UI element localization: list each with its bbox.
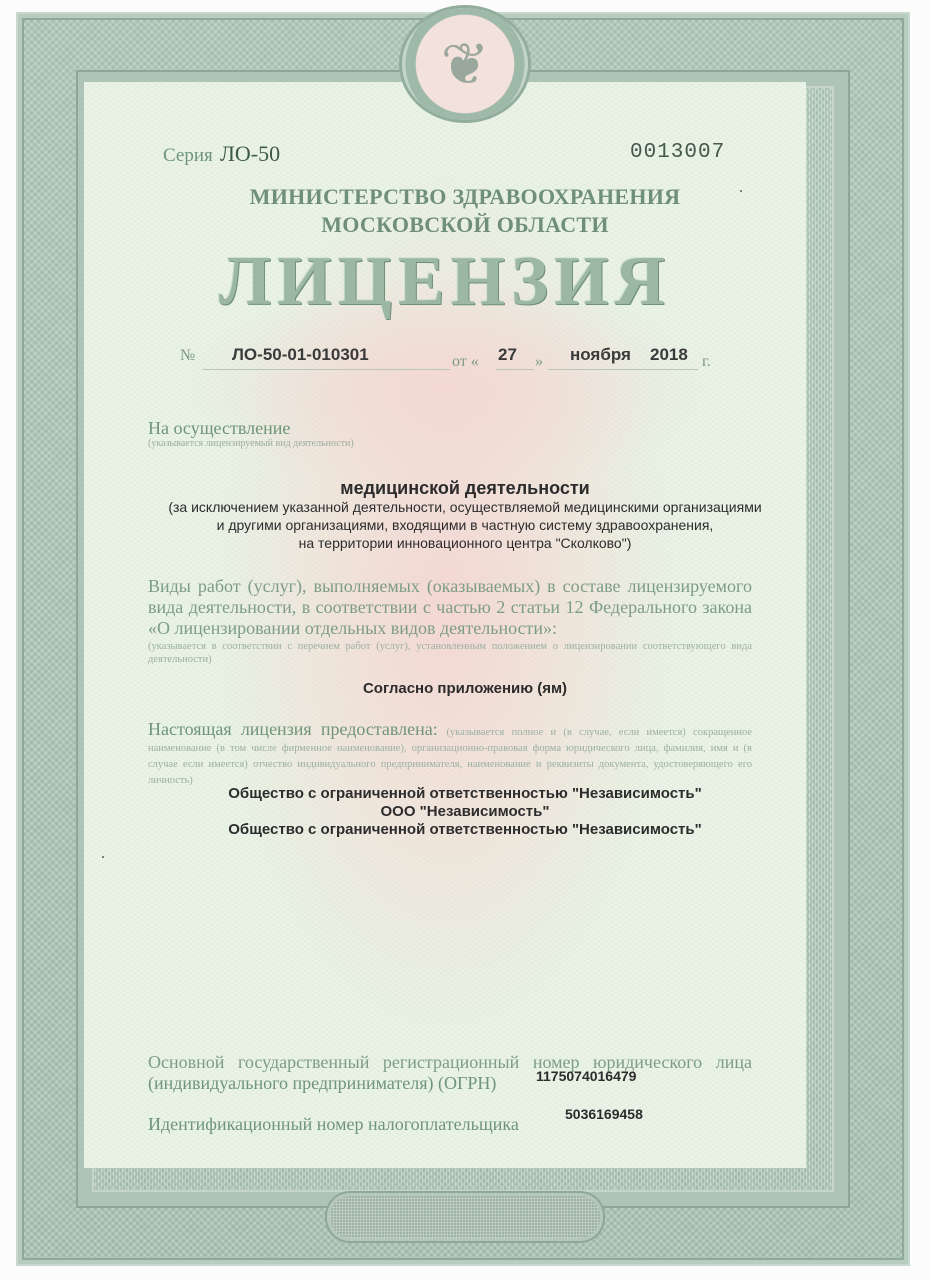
activity-label: На осуществление bbox=[148, 418, 290, 439]
licensee-full-name: Общество с ограниченной ответственностью… bbox=[20, 785, 910, 803]
blank-number: 0013007 bbox=[630, 141, 725, 164]
date-day: 27 bbox=[498, 345, 517, 365]
inn-label: Идентификационный номер налогоплательщик… bbox=[148, 1114, 519, 1135]
works-hint: (указывается в соответствии с перечнем р… bbox=[148, 640, 752, 666]
ogrn-label-line-2: (индивидуального предпринимателя) (ОГРН) bbox=[148, 1073, 496, 1094]
activity-hint: (указывается лицензируемый вид деятельно… bbox=[148, 438, 354, 449]
date-close-quote: » bbox=[535, 353, 543, 371]
series-value: ЛО-50 bbox=[220, 141, 280, 167]
activity-details-line-3: на территории инновационного центра "Ско… bbox=[20, 534, 910, 552]
scan-dust-mark bbox=[740, 190, 742, 192]
license-number: ЛО-50-01-010301 bbox=[232, 345, 369, 365]
activity-value: медицинской деятельности bbox=[20, 478, 910, 499]
licensee-names: Общество с ограниченной ответственностью… bbox=[20, 785, 910, 839]
works-value: Согласно приложению (ям) bbox=[20, 680, 910, 697]
date-month: ноября bbox=[570, 345, 631, 365]
licensee-label-block: Настоящая лицензия предоставлена: (указы… bbox=[148, 722, 752, 788]
scan-dust-mark bbox=[102, 856, 104, 858]
issuer-line-1: МИНИСТЕРСТВО ЗДРАВООХРАНЕНИЯ bbox=[0, 183, 930, 211]
date-year-suffix: г. bbox=[702, 353, 711, 371]
double-headed-eagle-icon: ❦ bbox=[441, 35, 490, 93]
licensee-trade-name: Общество с ограниченной ответственностью… bbox=[20, 821, 910, 839]
activity-details-line-1: (за исключением указанной деятельности, … bbox=[20, 498, 910, 516]
date-from-label: от « bbox=[452, 353, 479, 371]
activity-details: (за исключением указанной деятельности, … bbox=[20, 498, 910, 552]
works-label: Виды работ (услуг), выполняемых (оказыва… bbox=[148, 576, 752, 639]
emblem-medallion: ❦ bbox=[402, 8, 528, 120]
day-underline bbox=[496, 369, 534, 370]
inn-value: 5036169458 bbox=[565, 1106, 643, 1122]
date-year: 2018 bbox=[650, 345, 688, 365]
issuer-line-2: МОСКОВСКОЙ ОБЛАСТИ bbox=[0, 211, 930, 239]
series-label: Серия bbox=[163, 145, 213, 167]
number-label: № bbox=[180, 347, 195, 365]
activity-details-line-2: и другими организациями, входящими в час… bbox=[20, 516, 910, 534]
number-underline bbox=[202, 369, 450, 370]
bottom-cartouche-ornament bbox=[330, 1196, 600, 1238]
ogrn-label-line-1: Основной государственный регистрационный… bbox=[148, 1052, 752, 1073]
licensee-label: Настоящая лицензия предоставлена: bbox=[148, 719, 438, 739]
licensee-short-name: ООО "Независимость" bbox=[20, 803, 910, 821]
ogrn-value: 1175074016479 bbox=[536, 1068, 636, 1084]
issuer-name: МИНИСТЕРСТВО ЗДРАВООХРАНЕНИЯ МОСКОВСКОЙ … bbox=[0, 183, 930, 239]
license-number-row: № ЛО-50-01-010301 от « 27 » ноября 2018 … bbox=[180, 345, 720, 375]
document-title: ЛИЦЕНЗИЯ bbox=[0, 242, 890, 322]
month-year-underline bbox=[548, 369, 698, 370]
